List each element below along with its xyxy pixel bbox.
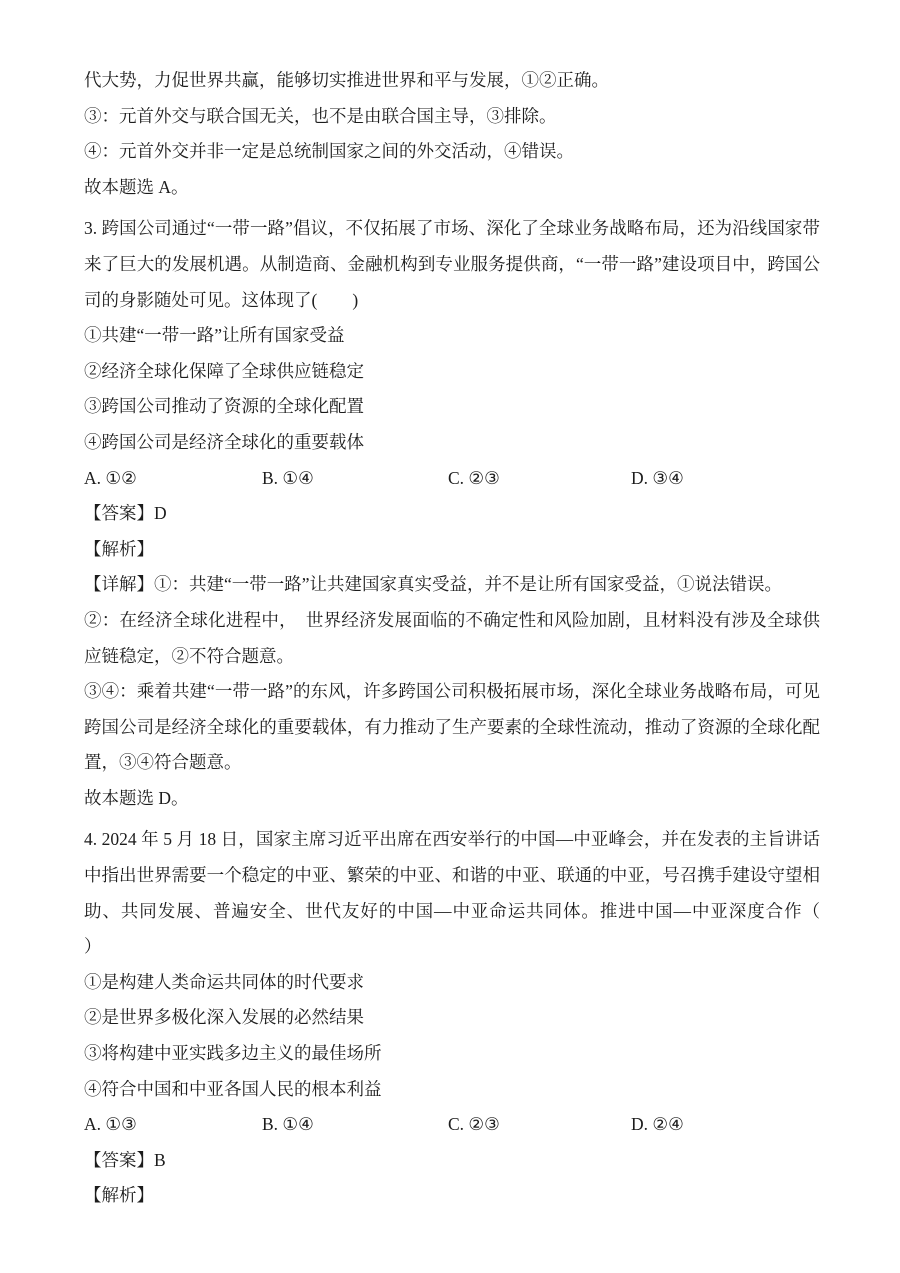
q4-item-2: ②是世界多极化深入发展的必然结果 xyxy=(84,1000,820,1036)
q4-answer: 【答案】B xyxy=(84,1143,820,1179)
q4-choice-c: C. ②③ xyxy=(448,1107,631,1143)
q3-item-2: ②经济全球化保障了全球供应链稳定 xyxy=(84,354,820,390)
q2-explanation-point-3: ③：元首外交与联合国无关，也不是由联合国主导，③排除。 xyxy=(84,99,820,135)
q4-item-1: ①是构建人类命运共同体的时代要求 xyxy=(84,965,820,1001)
q3-item-3: ③跨国公司推动了资源的全球化配置 xyxy=(84,389,820,425)
q3-conclusion: 故本题选 D。 xyxy=(84,781,820,817)
q4-analysis-label: 【解析】 xyxy=(84,1178,820,1214)
q4-choice-row: A. ①③ B. ①④ C. ②③ D. ②④ xyxy=(84,1107,820,1143)
exam-document-page: 代大势，力促世界共赢，能够切实推进世界和平与发展，①②正确。 ③：元首外交与联合… xyxy=(0,0,900,1273)
q3-item-4: ④跨国公司是经济全球化的重要载体 xyxy=(84,425,820,461)
q3-stem: 3. 跨国公司通过“一带一路”倡议，不仅拓展了市场、深化了全球业务战略布局，还为… xyxy=(84,211,820,318)
q3-answer: 【答案】D xyxy=(84,496,820,532)
q4-item-3: ③将构建中亚实践多边主义的最佳场所 xyxy=(84,1036,820,1072)
q4-stem: 4. 2024 年 5 月 18 日，国家主席习近平出席在西安举行的中国—中亚峰… xyxy=(84,822,820,964)
q3-detail-3: ③④：乘着共建“一带一路”的东风，许多跨国公司积极拓展市场，深化全球业务战略布局… xyxy=(84,674,820,781)
q2-conclusion: 故本题选 A。 xyxy=(84,170,820,206)
q4-item-4: ④符合中国和中亚各国人民的根本利益 xyxy=(84,1072,820,1108)
q3-choice-b: B. ①④ xyxy=(262,461,448,497)
q4-choice-b: B. ①④ xyxy=(262,1107,448,1143)
q3-choice-row: A. ①② B. ①④ C. ②③ D. ③④ xyxy=(84,461,820,497)
q2-explanation-line: 代大势，力促世界共赢，能够切实推进世界和平与发展，①②正确。 xyxy=(84,63,820,99)
q3-choice-d: D. ③④ xyxy=(631,461,684,497)
q3-detail-2: ②：在经济全球化进程中， 世界经济发展面临的不确定性和风险加剧，且材料没有涉及全… xyxy=(84,603,820,674)
q3-item-1: ①共建“一带一路”让所有国家受益 xyxy=(84,318,820,354)
q4-choice-d: D. ②④ xyxy=(631,1107,684,1143)
q3-choice-c: C. ②③ xyxy=(448,461,631,497)
q3-choice-a: A. ①② xyxy=(84,461,262,497)
q3-detail-1: 【详解】①：共建“一带一路”让共建国家真实受益，并不是让所有国家受益，①说法错误… xyxy=(84,567,820,603)
q3-analysis-label: 【解析】 xyxy=(84,532,820,568)
q2-explanation-point-4: ④：元首外交并非一定是总统制国家之间的外交活动，④错误。 xyxy=(84,134,820,170)
q4-choice-a: A. ①③ xyxy=(84,1107,262,1143)
